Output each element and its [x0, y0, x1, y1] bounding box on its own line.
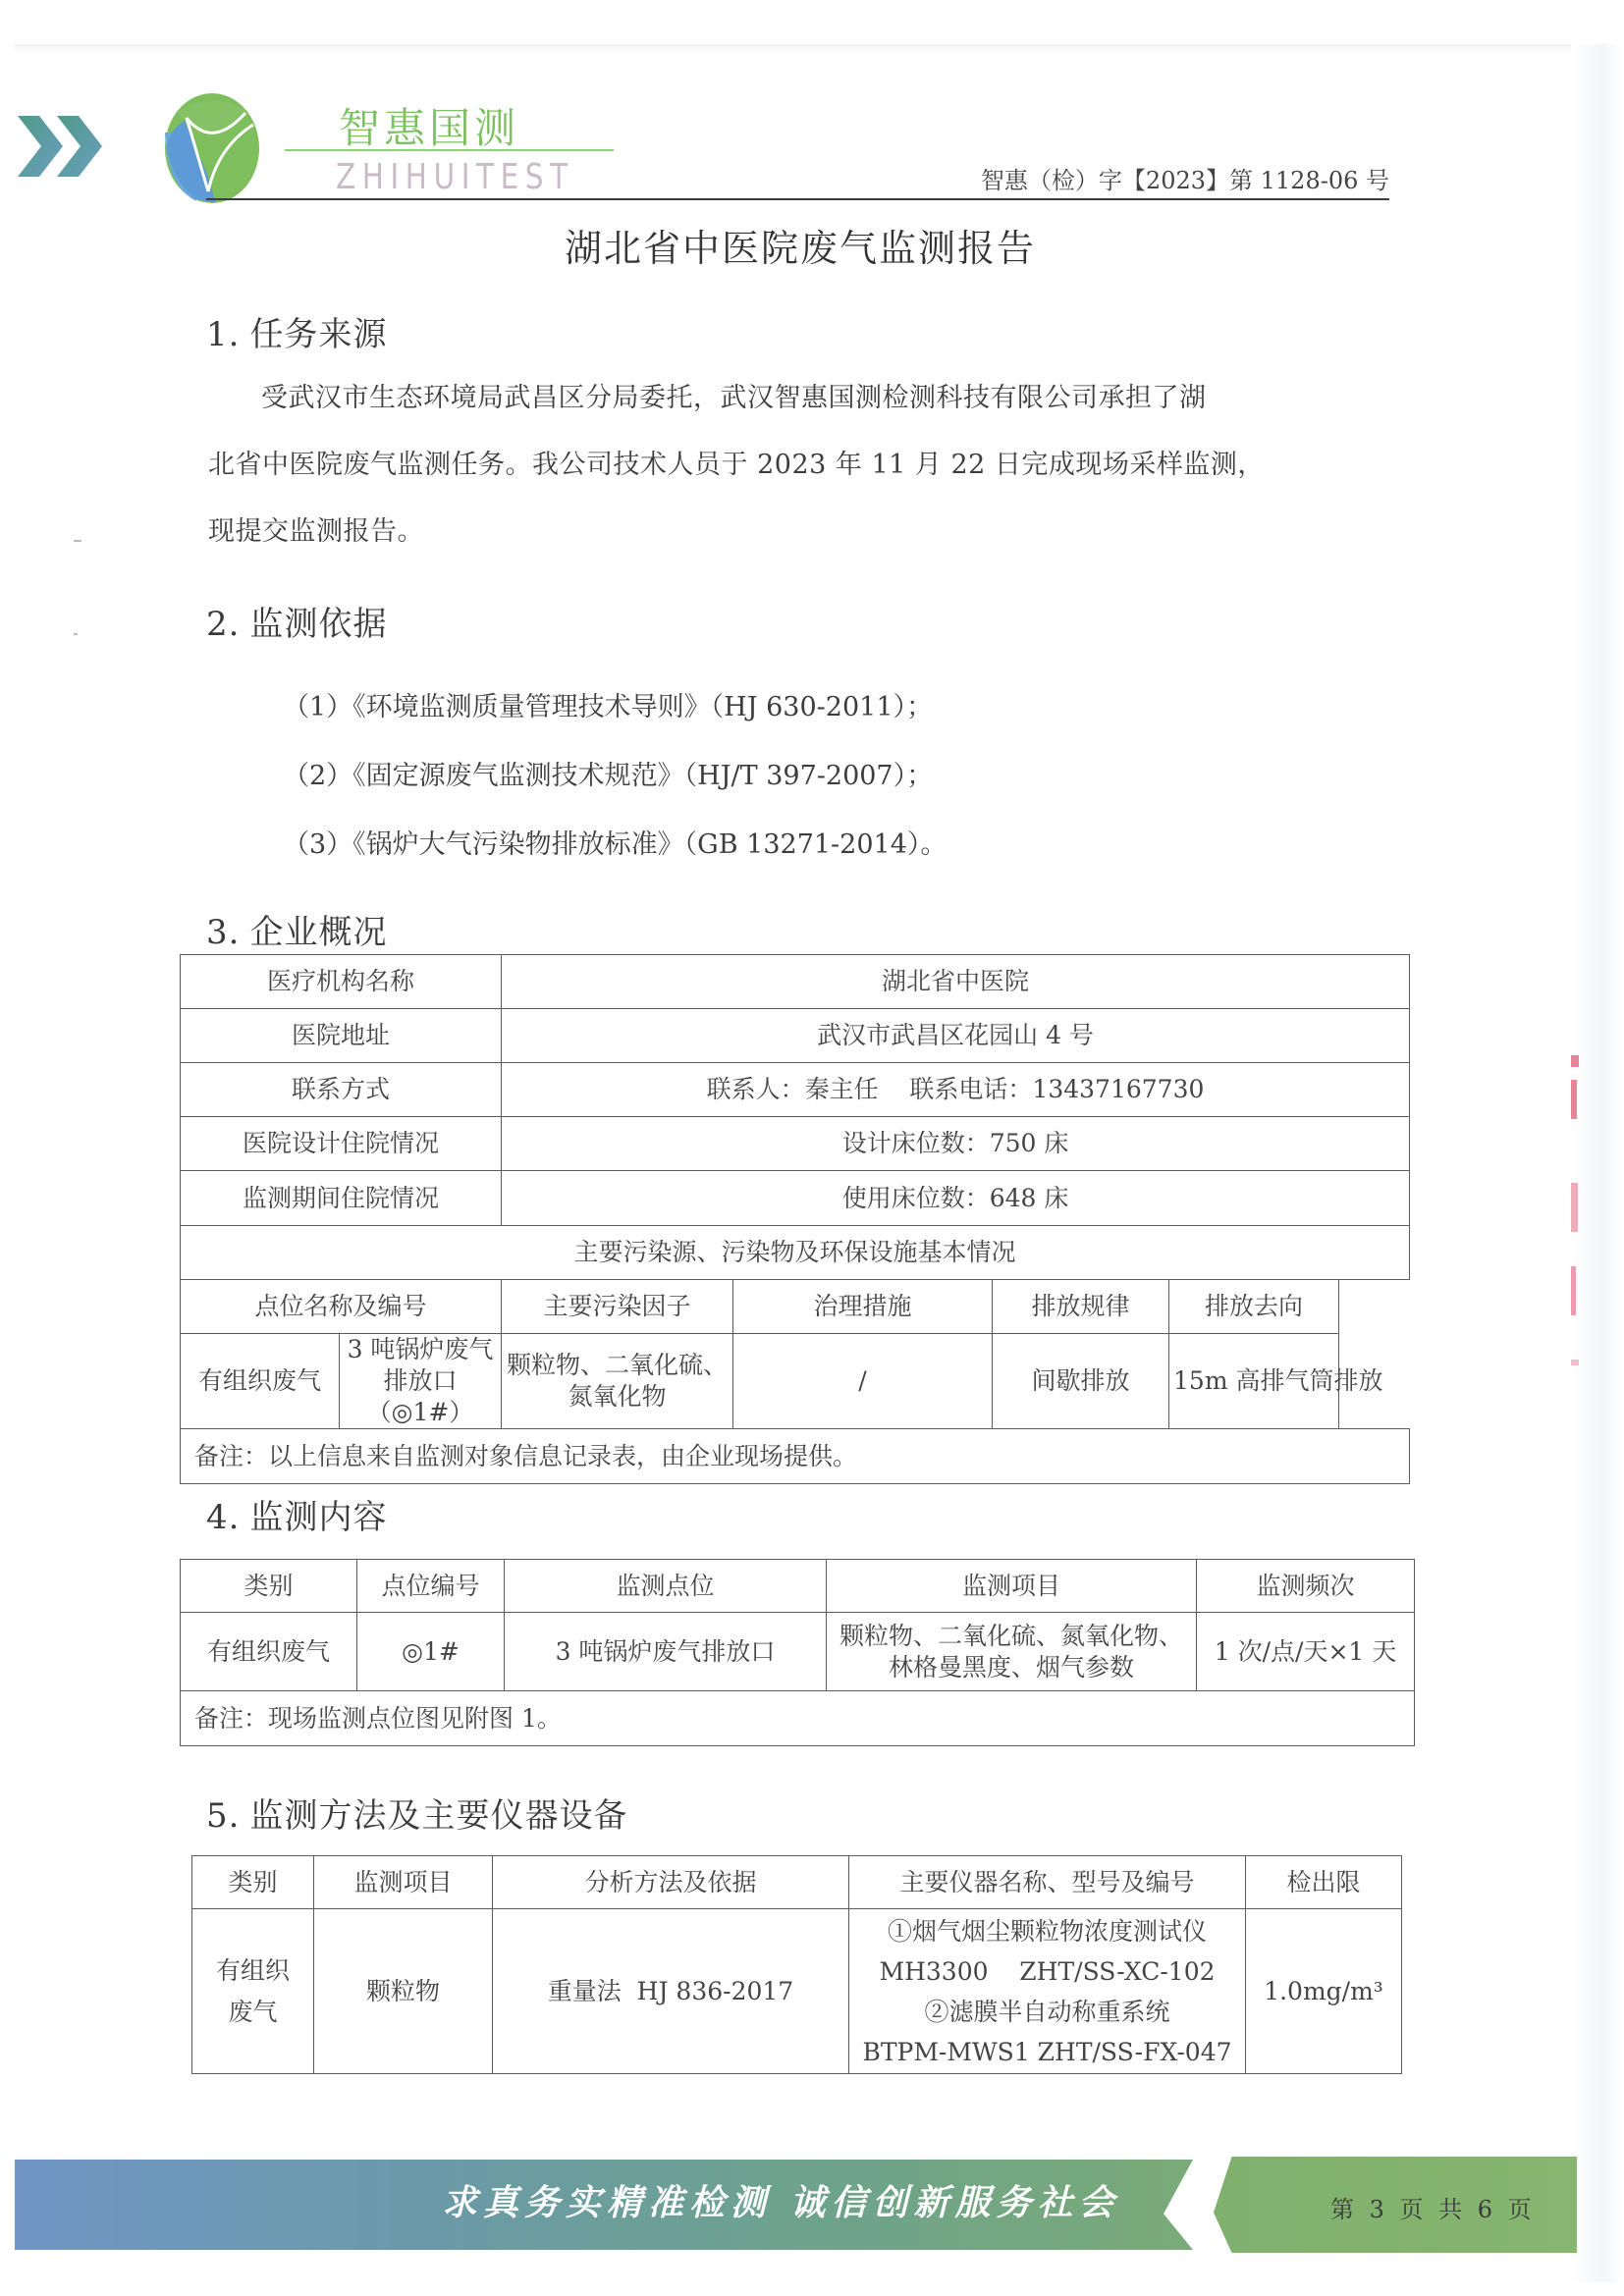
point-location: 3 吨锅炉废气排放口 — [505, 1613, 827, 1691]
category: 有组织废气 — [192, 1909, 314, 2074]
info-value: 联系人：秦主任 联系电话：13437167730 — [502, 1063, 1410, 1117]
section-number: 4. — [206, 1498, 240, 1537]
column-header: 类别 — [181, 1560, 357, 1613]
basis-list-item: （3）《锅炉大气污染物排放标准》（GB 13271-2014）。 — [283, 823, 947, 861]
section-number: 5. — [206, 1796, 240, 1836]
column-header: 点位名称及编号 — [181, 1280, 502, 1334]
monitoring-items: 颗粒物、二氧化硫、氮氧化物、林格曼黑度、烟气参数 — [827, 1613, 1197, 1691]
info-value: 设计床位数：750 床 — [502, 1117, 1410, 1171]
column-header: 主要污染因子 — [502, 1280, 733, 1334]
table-row: 有组织废气 3 吨锅炉废气排放口（◎1#） 颗粒物、二氧化硫、氮氧化物 / 间歇… — [181, 1334, 1410, 1429]
table-row: 医疗机构名称 湖北省中医院 — [181, 955, 1410, 1009]
column-header: 主要仪器名称、型号及编号 — [849, 1856, 1246, 1909]
scan-mark — [74, 633, 78, 635]
basis-list-item: （1）《环境监测质量管理技术导则》（HJ 630-2011）； — [283, 685, 933, 723]
source-type: 有组织废气 — [181, 1334, 340, 1429]
company-logo-icon — [157, 93, 267, 203]
brand-name-en: ZHIHUITEST — [336, 157, 574, 197]
column-header: 治理措施 — [733, 1280, 993, 1334]
page-right-edge — [1571, 44, 1624, 2282]
table-note: 备注：现场监测点位图见附图 1。 — [181, 1691, 1415, 1746]
table-subtitle-row: 主要污染源、污染物及环保设施基本情况 — [181, 1226, 1410, 1280]
table-header-row: 类别 监测项目 分析方法及依据 主要仪器名称、型号及编号 检出限 — [192, 1856, 1402, 1909]
section-title: 任务来源 — [249, 315, 387, 354]
section-title: 监测依据 — [249, 605, 387, 644]
column-header: 排放规律 — [993, 1280, 1169, 1334]
analysis-method: 重量法 HJ 836-2017 — [493, 1909, 849, 2074]
section-heading-content: 4.监测内容 — [206, 1490, 387, 1538]
point-code: ◎1# — [357, 1613, 505, 1691]
info-label: 监测期间住院情况 — [181, 1171, 502, 1226]
table-note-row: 备注：现场监测点位图见附图 1。 — [181, 1691, 1415, 1746]
info-label: 医疗机构名称 — [181, 955, 502, 1009]
section-heading-overview: 3.企业概况 — [206, 905, 387, 953]
monitoring-frequency: 1 次/点/天×1 天 — [1197, 1613, 1415, 1691]
table-note-row: 备注：以上信息来自监测对象信息记录表，由企业现场提供。 — [181, 1429, 1410, 1484]
report-title: 湖北省中医院废气监测报告 — [0, 218, 1600, 272]
paragraph-line: 现提交监测报告。 — [208, 499, 1396, 565]
paragraph-line: 受武汉市生态环境局武昌区分局委托，武汉智惠国测检测科技有限公司承担了湖 — [208, 365, 1396, 432]
column-header: 分析方法及依据 — [493, 1856, 849, 1909]
instrument-list: ①烟气烟尘颗粒物浓度测试仪 MH3300 ZHT/SS-XC-102 ②滤膜半自… — [849, 1909, 1246, 2074]
info-value: 武汉市武昌区花园山 4 号 — [502, 1009, 1410, 1063]
seal-fragment — [1571, 1360, 1579, 1365]
section-heading-basis: 2.监测依据 — [206, 597, 387, 645]
info-label: 医院设计住院情况 — [181, 1117, 502, 1171]
seal-fragment — [1571, 1080, 1577, 1119]
section-title: 监测方法及主要仪器设备 — [249, 1796, 627, 1836]
column-header: 监测项目 — [827, 1560, 1197, 1613]
table-header-row: 类别 点位编号 监测点位 监测项目 监测频次 — [181, 1560, 1415, 1613]
column-header: 监测频次 — [1197, 1560, 1415, 1613]
column-header: 监测项目 — [314, 1856, 493, 1909]
paragraph-line: 北省中医院废气监测任务。我公司技术人员于 2023 年 11 月 22 日完成现… — [208, 432, 1396, 499]
info-value: 使用床位数：648 床 — [502, 1171, 1410, 1226]
instrument-line: ②滤膜半自动称重系统 — [853, 1992, 1241, 2032]
table-row: 医院地址 武汉市武昌区花园山 4 号 — [181, 1009, 1410, 1063]
monitoring-item: 颗粒物 — [314, 1909, 493, 2074]
brand-divider — [285, 149, 614, 151]
table-row: 联系方式 联系人：秦主任 联系电话：13437167730 — [181, 1063, 1410, 1117]
column-header: 检出限 — [1246, 1856, 1402, 1909]
page-number: 第 3 页 共 6 页 — [1330, 2190, 1536, 2224]
detection-limit: 1.0mg/m³ — [1246, 1909, 1402, 2074]
section-title: 企业概况 — [249, 913, 387, 952]
column-header: 排放去向 — [1169, 1280, 1339, 1334]
basis-list-item: （2）《固定源废气监测技术规范》（HJ/T 397-2007）； — [283, 754, 933, 792]
source-point: 3 吨锅炉废气排放口（◎1#） — [340, 1334, 502, 1429]
column-header: 点位编号 — [357, 1560, 505, 1613]
section-number: 1. — [206, 315, 240, 354]
page-top-edge — [15, 44, 1586, 54]
table-row: 医院设计住院情况 设计床位数：750 床 — [181, 1117, 1410, 1171]
pollutants: 颗粒物、二氧化硫、氮氧化物 — [502, 1334, 733, 1429]
seal-fragment — [1571, 1266, 1576, 1315]
column-header: 类别 — [192, 1856, 314, 1909]
table-subtitle: 主要污染源、污染物及环保设施基本情况 — [181, 1226, 1410, 1280]
footer-motto: 求真务实精准检测 诚信创新服务社会 — [442, 2175, 1120, 2225]
discharge-destination: 15m 高排气筒排放 — [1169, 1334, 1339, 1429]
category: 有组织废气 — [181, 1613, 357, 1691]
methods-equipment-table: 类别 监测项目 分析方法及依据 主要仪器名称、型号及编号 检出限 有组织废气 颗… — [191, 1855, 1402, 2074]
seal-fragment — [1571, 1183, 1578, 1232]
treatment: / — [733, 1334, 993, 1429]
section-number: 3. — [206, 913, 240, 952]
section-heading-task-source: 1.任务来源 — [206, 307, 387, 355]
table-row: 监测期间住院情况 使用床位数：648 床 — [181, 1171, 1410, 1226]
table-header-row: 点位名称及编号 主要污染因子 治理措施 排放规律 排放去向 — [181, 1280, 1410, 1334]
info-value: 湖北省中医院 — [502, 955, 1410, 1009]
header-rule — [206, 198, 1389, 200]
instrument-line: BTPM-MWS1 ZHT/SS-FX-047 — [853, 2032, 1241, 2072]
column-header: 监测点位 — [505, 1560, 827, 1613]
enterprise-overview-table: 医疗机构名称 湖北省中医院 医院地址 武汉市武昌区花园山 4 号 联系方式 联系… — [180, 954, 1410, 1484]
discharge-pattern: 间歇排放 — [993, 1334, 1169, 1429]
section-number: 2. — [206, 605, 240, 644]
section-heading-methods: 5.监测方法及主要仪器设备 — [206, 1789, 627, 1837]
info-label: 联系方式 — [181, 1063, 502, 1117]
seal-fragment — [1571, 1055, 1579, 1067]
logo-chevron-icon — [18, 116, 108, 177]
table-note: 备注：以上信息来自监测对象信息记录表，由企业现场提供。 — [181, 1429, 1410, 1484]
task-source-paragraph: 受武汉市生态环境局武昌区分局委托，武汉智惠国测检测科技有限公司承担了湖 北省中医… — [208, 365, 1396, 565]
instrument-line: MH3300 ZHT/SS-XC-102 — [853, 1951, 1241, 1992]
monitoring-content-table: 类别 点位编号 监测点位 监测项目 监测频次 有组织废气 ◎1# 3 吨锅炉废气… — [180, 1559, 1415, 1746]
report-reference-number: 智惠（检）字【2023】第 1128-06 号 — [981, 161, 1389, 195]
info-label: 医院地址 — [181, 1009, 502, 1063]
table-row: 有组织废气 颗粒物 重量法 HJ 836-2017 ①烟气烟尘颗粒物浓度测试仪 … — [192, 1909, 1402, 2074]
scan-mark — [74, 540, 81, 542]
brand-name-cn: 智惠国测 — [339, 96, 519, 155]
table-row: 有组织废气 ◎1# 3 吨锅炉废气排放口 颗粒物、二氧化硫、氮氧化物、林格曼黑度… — [181, 1613, 1415, 1691]
instrument-line: ①烟气烟尘颗粒物浓度测试仪 — [853, 1911, 1241, 1951]
section-title: 监测内容 — [249, 1498, 387, 1537]
